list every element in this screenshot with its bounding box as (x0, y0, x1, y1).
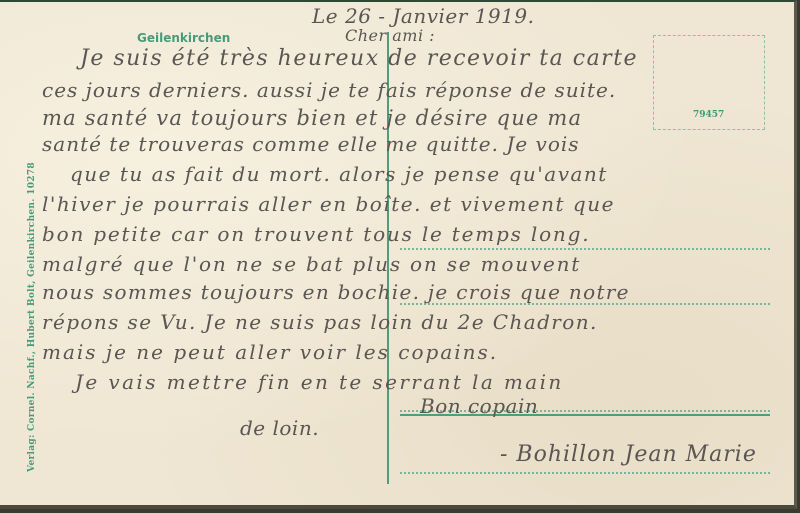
handwritten-line: malgré que l'on ne se bat plus on se mou… (42, 252, 581, 276)
handwritten-line: que tu as fait du mort. alors je pense q… (70, 162, 608, 186)
handwritten-line: nous sommes toujours en bochie. je crois… (42, 280, 630, 304)
handwritten-line: ma santé va toujours bien et je désire q… (42, 106, 582, 130)
handwritten-line: de loin. (240, 416, 319, 440)
handwritten-line: mais je ne peut aller voir les copains. (42, 340, 498, 364)
handwritten-line: ces jours derniers. aussi je te fais rép… (42, 78, 616, 102)
handwritten-date: Le 26 - Janvier 1919. (312, 4, 534, 28)
address-line-1 (400, 248, 770, 250)
handwritten-line: bon petite car on trouvent tous le temps… (42, 222, 590, 246)
stamp-box-number: 79457 (693, 110, 724, 120)
handwritten-signature: - Bohillon Jean Marie (500, 442, 757, 467)
postcard-back: Geilenkirchen Verlag: Cornel. Nachf., Hu… (0, 0, 797, 509)
handwritten-closing: Bon copain (420, 394, 538, 418)
handwritten-line: Je vais mettre fin en te serrant la main (75, 370, 564, 394)
printed-place-name: Geilenkirchen (137, 31, 230, 45)
handwritten-salutation: Cher ami : (345, 26, 435, 45)
handwritten-line: l'hiver je pourrais aller en boîte. et v… (42, 192, 615, 216)
handwritten-line: répons se Vu. Je ne suis pas loin du 2e … (42, 310, 598, 334)
handwritten-line: santé te trouveras comme elle me quitte.… (42, 132, 580, 156)
handwritten-line: Je suis été très heureux de recevoir ta … (80, 46, 638, 71)
address-line-4 (400, 472, 770, 474)
publisher-imprint: Verlag: Cornel. Nachf., Hubert Bolt, Gei… (27, 162, 37, 472)
